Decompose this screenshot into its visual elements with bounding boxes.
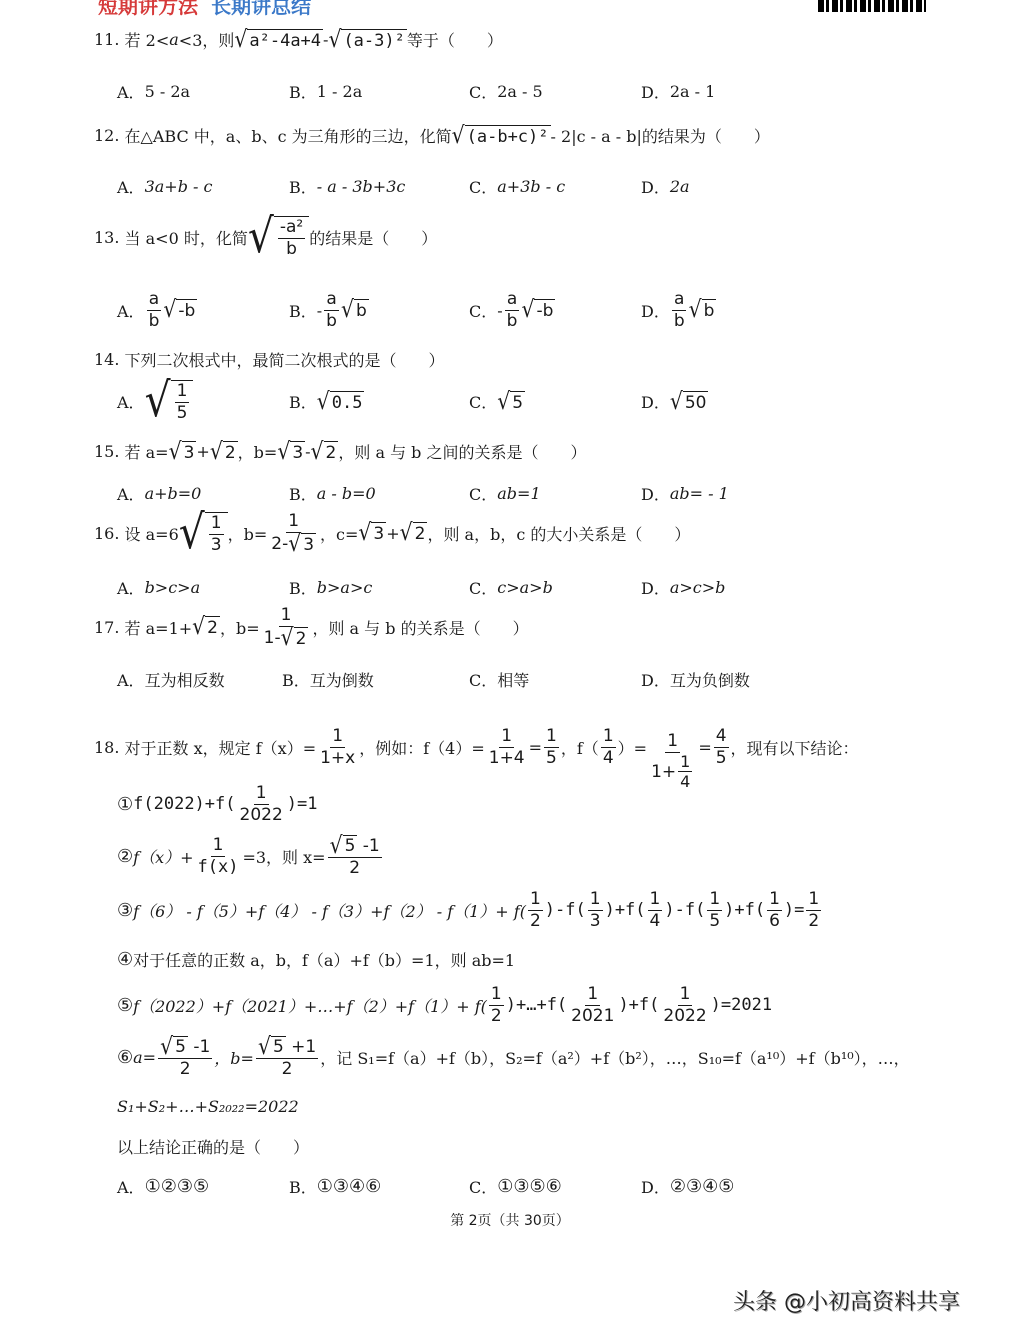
conclusion-text: )+…+f( xyxy=(506,995,567,1015)
denominator: b xyxy=(324,311,339,331)
numerator: 1 xyxy=(209,514,224,535)
option-b[interactable]: B．①③④⑥ xyxy=(289,1175,381,1198)
option-label: A． xyxy=(117,668,145,691)
option-a[interactable]: A．3a+b - c xyxy=(117,175,212,198)
option-d[interactable]: D．ab= - 1 xyxy=(641,482,729,505)
option-c[interactable]: C．c>a>b xyxy=(469,576,553,599)
numerator: 1 xyxy=(601,727,616,748)
denominator: 4 xyxy=(678,772,692,791)
numerator: 1 xyxy=(678,753,692,772)
option-text: a+3b - c xyxy=(497,177,565,196)
option-text: a+b=0 xyxy=(145,484,202,503)
radicand: 5 xyxy=(271,1036,286,1058)
operator: + xyxy=(196,442,209,461)
question-15: 15. 若 a= √3+√2 ，b= √3-√2 ，则 a 与 b 之间的关系是… xyxy=(94,440,587,463)
conclusion-text: f(2022)+f( xyxy=(133,794,235,814)
denominator: 4 xyxy=(601,748,616,768)
conclusion-2: ② f（x）+1f(x)=3，则 x=√5 -12 xyxy=(117,835,384,878)
option-text: b>a>c xyxy=(317,578,373,597)
slogan-blue: 长期讲总结 xyxy=(211,0,311,18)
option-label: A． xyxy=(117,299,145,322)
option-b[interactable]: B．a - b=0 xyxy=(289,482,376,505)
option-label: C． xyxy=(469,668,497,691)
numerator: 1 xyxy=(489,985,504,1006)
stem-text: ，现有以下结论： xyxy=(731,736,859,759)
question-number: 16. xyxy=(94,524,119,543)
operator: + xyxy=(386,524,399,543)
radicand: 3 xyxy=(182,441,197,463)
option-label: D． xyxy=(641,390,670,413)
option-d[interactable]: D．a>c>b xyxy=(641,576,725,599)
option-d[interactable]: D．√50 xyxy=(641,390,708,413)
option-a[interactable]: A．√15 xyxy=(117,380,193,423)
circled-number: ⑤ xyxy=(117,995,133,1016)
stem-text: 等于（ ） xyxy=(407,28,503,51)
denominator: 1+x xyxy=(318,748,357,768)
conclusion-text: )+f( xyxy=(724,900,765,920)
denominator: 2022 xyxy=(661,1006,708,1026)
option-label: C． xyxy=(469,175,497,198)
radicand: -b xyxy=(176,299,197,321)
stem-text: ，则 a 与 b 的关系是（ ） xyxy=(312,616,528,639)
option-label: D． xyxy=(641,299,670,322)
option-d[interactable]: D．ab√b xyxy=(641,290,716,331)
conclusion-text: )= xyxy=(784,900,804,920)
sqrt-expression: √(a-3)² xyxy=(328,29,406,51)
option-a[interactable]: A．a+b=0 xyxy=(117,482,201,505)
option-b[interactable]: B．√0.5 xyxy=(289,390,364,413)
denominator: 3 xyxy=(588,911,603,931)
conclusion-text: )=2021 xyxy=(711,995,772,1015)
denominator: 1+4 xyxy=(487,748,527,768)
option-label: A． xyxy=(117,482,145,505)
num-text: +1 xyxy=(286,1037,316,1057)
radicand: 5 xyxy=(510,391,525,413)
option-text: 2a - 1 xyxy=(670,82,715,101)
den-text: 1+ xyxy=(651,762,676,782)
conclusion-3: ③ f（6） - f（5）+f（4） - f（3）+f（2） - f（1）+ f… xyxy=(117,890,823,931)
option-label: C． xyxy=(469,1175,497,1198)
option-label: B． xyxy=(282,668,310,691)
numerator: 1 xyxy=(648,890,663,911)
numerator: 1 xyxy=(588,890,603,911)
conclusion-text: )=1 xyxy=(287,794,318,814)
numerator: 1 xyxy=(767,890,782,911)
option-text: 2a - 5 xyxy=(497,82,542,101)
stem-text: ，则 a 与 b 之间的关系是（ ） xyxy=(338,440,586,463)
conclusion-text: )+f( xyxy=(605,900,646,920)
stem-var: a xyxy=(169,30,179,49)
denominator: 2 xyxy=(489,1006,504,1026)
option-label: B． xyxy=(289,299,317,322)
question-number: 12. xyxy=(94,126,119,145)
option-a[interactable]: A．5 - 2a xyxy=(117,80,190,103)
conclusion-text: ，记 S₁=f（a）+f（b），S₂=f（a²）+f（b²），…，S₁₀=f（a… xyxy=(320,1046,909,1069)
question-13: 13. 当 a<0 时，化简 √-a²b 的结果是（ ） xyxy=(94,216,437,259)
numerator: 1 xyxy=(678,985,693,1006)
option-label: D． xyxy=(641,1175,670,1198)
conclusion-text: )+f( xyxy=(618,995,659,1015)
radicand: 2 xyxy=(223,441,238,463)
watermark: 头条 @小初高资料共享 xyxy=(733,1285,960,1316)
operator: = xyxy=(529,738,542,757)
option-d[interactable]: D．互为负倒数 xyxy=(641,668,750,691)
option-label: B． xyxy=(289,576,317,599)
sqrt-expression: √a²-4a+4 xyxy=(234,29,323,51)
option-text: - a - 3b+3c xyxy=(317,177,406,196)
conclusion-text: 对于任意的正数 a，b，f（a）+f（b）=1，则 ab=1 xyxy=(133,948,515,971)
option-text: ab= - 1 xyxy=(670,484,729,503)
option-label: D． xyxy=(641,80,670,103)
option-d[interactable]: D．2a - 1 xyxy=(641,80,715,103)
option-text: ①②③⑤ xyxy=(145,1176,210,1197)
circled-number: ③ xyxy=(117,900,133,921)
denominator: 5 xyxy=(707,911,722,931)
conclusion-5: ⑤ f（2022）+f（2021）+…+f（2）+f（1）+ f(12)+…+f… xyxy=(117,985,772,1026)
question-number: 18. xyxy=(94,738,119,757)
stem-text: <3，则 xyxy=(179,28,235,51)
numerator: 1 xyxy=(665,732,680,753)
denominator: b xyxy=(284,239,299,259)
numerator: 4 xyxy=(714,727,729,748)
numerator: a xyxy=(505,290,519,311)
stem-text: ，c= xyxy=(320,522,358,545)
stem-text: ，b= xyxy=(220,616,260,639)
option-text: a - b=0 xyxy=(317,484,376,503)
option-a[interactable]: A．b>c>a xyxy=(117,576,200,599)
option-c[interactable]: C．-ab√-b xyxy=(469,290,555,331)
radicand: 2 xyxy=(205,616,220,638)
header-slogan: 短期讲方法 长期讲总结 xyxy=(98,0,311,19)
radicand: 2 xyxy=(324,441,339,463)
option-text: 相等 xyxy=(497,668,529,691)
option-a[interactable]: A．①②③⑤ xyxy=(117,1175,209,1198)
radicand: 2 xyxy=(294,627,309,649)
denominator: 5 xyxy=(544,748,559,768)
radicand: 5 xyxy=(343,835,358,857)
stem-text: 当 a<0 时，化简 xyxy=(125,226,248,249)
numerator: 1 xyxy=(585,985,600,1006)
conclusion-6: ⑥ a=√5 -12 ，b=√5 +12 ，记 S₁=f（a）+f（b），S₂=… xyxy=(117,1036,910,1079)
option-text: ①③⑤⑥ xyxy=(497,1176,562,1197)
radicand: 3 xyxy=(290,441,305,463)
option-c[interactable]: C．a+3b - c xyxy=(469,175,565,198)
radicand: 0.5 xyxy=(330,391,365,413)
option-label: D． xyxy=(641,175,670,198)
question-number: 11. xyxy=(94,30,119,49)
option-text: 互为相反数 xyxy=(145,668,225,691)
radicand: -b xyxy=(534,299,555,321)
stem-text: 设 a=6 xyxy=(125,522,179,545)
stem-text: ，f（ xyxy=(561,736,599,759)
conclusion-text: a= xyxy=(133,1048,156,1067)
option-text: b>c>a xyxy=(145,578,201,597)
sqrt-expression: √(a-b+c)² xyxy=(452,125,551,147)
numerator: 1 xyxy=(707,890,722,911)
stem-text: 若 a=1+ xyxy=(125,616,193,639)
denominator: 3 xyxy=(209,535,224,555)
radicand: 2 xyxy=(413,522,428,544)
radicand: b xyxy=(354,299,369,321)
denominator: 2 xyxy=(528,911,543,931)
sign: - xyxy=(317,301,322,320)
option-label: C． xyxy=(469,390,497,413)
option-label: A． xyxy=(117,390,145,413)
circled-number: ② xyxy=(117,846,133,867)
option-c[interactable]: C．①③⑤⑥ xyxy=(469,1175,562,1198)
sqrt-fraction: √-a²b xyxy=(248,216,309,259)
option-text: 互为负倒数 xyxy=(670,668,750,691)
conclusion-text: f（x）+ xyxy=(133,845,193,868)
numerator: 1 xyxy=(254,784,269,805)
conclusion-text: f（2022）+f（2021）+…+f（2）+f（1）+ f( xyxy=(133,994,487,1017)
circled-number: ⑥ xyxy=(117,1047,133,1068)
option-label: B． xyxy=(289,482,317,505)
option-text: c>a>b xyxy=(497,578,553,597)
circled-number: ④ xyxy=(117,949,133,970)
option-text: ②③④⑤ xyxy=(670,1176,735,1197)
numerator: 1 xyxy=(544,727,559,748)
denominator: b xyxy=(672,311,687,331)
numerator: -a² xyxy=(278,218,305,239)
option-label: A． xyxy=(117,80,145,103)
conclusion-text: )-f( xyxy=(664,900,705,920)
option-label: D． xyxy=(641,482,670,505)
numerator: 1 xyxy=(175,382,190,403)
option-c[interactable]: C．ab=1 xyxy=(469,482,541,505)
stem-text: 若 a= xyxy=(125,440,169,463)
conclusion-1: ① f(2022)+f(12022)=1 xyxy=(117,784,317,825)
option-d[interactable]: D．②③④⑤ xyxy=(641,1175,734,1198)
question-number: 17. xyxy=(94,618,119,637)
option-label: A． xyxy=(117,175,145,198)
option-text: ①③④⑥ xyxy=(317,1176,382,1197)
question-number: 13. xyxy=(94,228,119,247)
radicand: 50 xyxy=(683,391,709,413)
denominator: 2 xyxy=(178,1059,193,1079)
numerator: a xyxy=(324,290,338,311)
conclusion-text: =3，则 x= xyxy=(242,845,325,868)
question-16: 16. 设 a=6 √13 ，b= 12-√3 ，c= √3+√2 ，则 a，b… xyxy=(94,512,690,555)
question-12: 12. 在△ABC 中，a、b、c 为三角形的三边，化简 √(a-b+c)² -… xyxy=(94,124,770,147)
option-label: C． xyxy=(469,576,497,599)
conclusion-text: ，b= xyxy=(214,1046,254,1069)
stem-text: 对于正数 x，规定 f（x）= xyxy=(125,736,317,759)
conclusion-text: )-f( xyxy=(545,900,586,920)
option-a[interactable]: A．互为相反数 xyxy=(117,668,225,691)
operator: = xyxy=(698,738,711,757)
conclusion-6-line2: S₁+S₂+…+S₂₀₂₂=2022 xyxy=(117,1097,299,1116)
circled-number: ① xyxy=(117,794,133,815)
stem-text: 在△ABC 中，a、b、c 为三角形的三边，化简 xyxy=(125,124,452,147)
stem-text: ，例如：f（4）= xyxy=(359,736,485,759)
denominator: 2021 xyxy=(569,1006,616,1026)
option-label: D． xyxy=(641,576,670,599)
option-text: 5 - 2a xyxy=(145,82,190,101)
option-label: B． xyxy=(289,175,317,198)
option-label: B． xyxy=(289,80,317,103)
radicand: (a-3)² xyxy=(341,29,406,51)
option-text: 3a+b - c xyxy=(145,177,213,196)
denominator: 2 xyxy=(347,858,362,878)
option-b[interactable]: B．互为倒数 xyxy=(282,668,374,691)
denominator: 5 xyxy=(714,748,729,768)
option-c[interactable]: C．2a - 5 xyxy=(469,80,543,103)
radicand: 3 xyxy=(371,522,386,544)
option-text: 互为倒数 xyxy=(310,668,374,691)
numerator: 1 xyxy=(499,727,514,748)
page-number: 第 2页（共 30页） xyxy=(0,1210,1020,1230)
denominator: 6 xyxy=(767,911,782,931)
radicand: a²-4a+4 xyxy=(247,29,323,51)
radicand: 5 xyxy=(173,1036,188,1058)
denominator: 4 xyxy=(648,911,663,931)
denominator: 2 xyxy=(806,911,821,931)
radicand: (a-b+c)² xyxy=(465,125,551,147)
qr-code-icon xyxy=(818,0,926,12)
option-b[interactable]: B．-ab√b xyxy=(289,290,369,331)
conclusion-text: f（6） - f（5）+f（4） - f（3）+f（2） - f（1）+ f( xyxy=(133,899,526,922)
question-18: 18. 对于正数 x，规定 f（x）= 11+x ，例如：f（4）= 11+4=… xyxy=(94,704,859,791)
option-label: C． xyxy=(469,299,497,322)
numerator: 1 xyxy=(528,890,543,911)
numerator: a xyxy=(147,290,161,311)
num-text: -1 xyxy=(357,836,379,856)
den-text: 2- xyxy=(271,534,288,554)
option-label: A． xyxy=(117,1175,145,1198)
stem-text: ）= xyxy=(618,736,647,759)
stem-text: ，b= xyxy=(228,522,268,545)
question-14: 14. 下列二次根式中，最简二次根式的是（ ） xyxy=(94,348,445,371)
question-11: 11. 若 2<a<3，则 √a²-4a+4 - √(a-3)² 等于（ ） xyxy=(94,28,503,51)
option-label: B． xyxy=(289,390,317,413)
stem-text: 的结果是（ ） xyxy=(309,226,437,249)
option-b[interactable]: B．- a - 3b+3c xyxy=(289,175,405,198)
stem-text: - 2|c - a - b|的结果为（ ） xyxy=(551,124,770,147)
option-text: a>c>b xyxy=(670,578,726,597)
option-text: 1 - 2a xyxy=(317,82,362,101)
num-text: -1 xyxy=(188,1037,210,1057)
slogan-red: 短期讲方法 xyxy=(98,0,198,18)
option-d[interactable]: D．2a xyxy=(641,175,690,198)
option-label: C． xyxy=(469,80,497,103)
stem-text: ，b= xyxy=(238,440,278,463)
option-b[interactable]: B．b>a>c xyxy=(289,576,372,599)
question-18-ask: 以上结论正确的是（ ） xyxy=(117,1135,309,1158)
den-text: 1- xyxy=(264,628,281,648)
option-text: 2a xyxy=(670,177,690,196)
stem-text: 若 2< xyxy=(125,28,170,51)
option-label: B． xyxy=(289,1175,317,1198)
denominator: 5 xyxy=(175,403,190,423)
denominator: 2 xyxy=(280,1059,295,1079)
denominator: f(x) xyxy=(196,857,241,877)
question-number: 14. xyxy=(94,350,119,369)
stem-text: ，则 a，b，c 的大小关系是（ ） xyxy=(427,522,690,545)
denominator: 2022 xyxy=(238,805,285,825)
option-label: D． xyxy=(641,668,670,691)
stem-text: 下列二次根式中，最简二次根式的是（ ） xyxy=(125,348,445,371)
denominator: b xyxy=(505,311,520,331)
radicand: 3 xyxy=(301,533,316,555)
numerator: 1 xyxy=(330,727,345,748)
option-b[interactable]: B．1 - 2a xyxy=(289,80,362,103)
option-label: A． xyxy=(117,576,145,599)
numerator: 1 xyxy=(211,836,226,857)
option-label: C． xyxy=(469,482,497,505)
numerator: a xyxy=(672,290,686,311)
conclusion-4: ④ 对于任意的正数 a，b，f（a）+f（b）=1，则 ab=1 xyxy=(117,948,515,971)
question-number: 15. xyxy=(94,442,119,461)
denominator: b xyxy=(147,311,162,331)
option-c[interactable]: C．√5 xyxy=(469,390,525,413)
option-text: ab=1 xyxy=(497,484,540,503)
question-17: 17. 若 a=1+√2 ，b= 11-√2 ，则 a 与 b 的关系是（ ） xyxy=(94,606,529,649)
numerator: 1 xyxy=(806,890,821,911)
option-a[interactable]: A．ab√-b xyxy=(117,290,197,331)
option-c[interactable]: C．相等 xyxy=(469,668,529,691)
radicand: b xyxy=(702,299,717,321)
sign: - xyxy=(497,301,502,320)
